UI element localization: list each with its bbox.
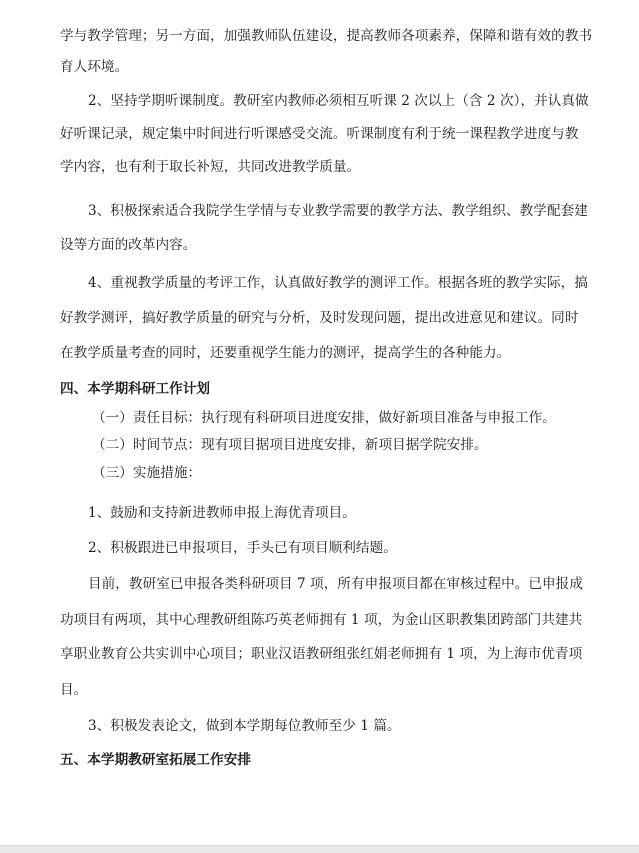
section-item: （三）实施措施：: [92, 464, 622, 482]
section-heading-4: 四、本学期科研工作计划: [60, 380, 590, 398]
paragraph-line: 育人环境。: [60, 58, 590, 76]
paragraph-line: 4、重视教学质量的考评工作，认真做好教学的测评工作。根据各班的教学实际，搞: [88, 274, 618, 292]
paragraph-line: 3、积极探索适合我院学生学情与专业教学需要的教学方法、教学组织、教学配套建: [88, 202, 618, 220]
paragraph-line: 学内容，也有利于取长补短，共同改进教学质量。: [60, 158, 590, 176]
paragraph-line: 功项目有两项，其中心理教研组陈巧英老师拥有 1 项，为金山区职教集团跨部门共建共: [60, 611, 590, 629]
paragraph-line: 设等方面的改革内容。: [60, 236, 590, 254]
paragraph-line: 好听课记录，规定集中时间进行听课感受交流。听课制度有利于统一课程教学进度与教: [60, 125, 590, 143]
paragraph-line: 好教学测评，搞好教学质量的研究与分析，及时发现问题，提出改进意见和建议。同时: [60, 309, 590, 327]
measure-item: 1、鼓励和支持新进教师申报上海优青项目。: [88, 504, 618, 522]
document-page: 学与教学管理；另一方面，加强教师队伍建设，提高教师各项素养，保障和谐有效的教书 …: [0, 0, 639, 845]
section-heading-5: 五、本学期教研室拓展工作安排: [60, 751, 590, 769]
section-item: （二）时间节点：现有项目据项目进度安排，新项目据学院安排。: [92, 436, 622, 454]
measure-item: 2、积极跟进已申报项目，手头已有项目顺利结题。: [88, 539, 618, 557]
paragraph-line: 2、坚持学期听课制度。教研室内教师必须相互听课 2 次以上（含 2 次），并认真…: [88, 92, 618, 110]
paragraph-line: 在教学质量考查的同时，还要重视学生能力的测评，提高学生的各种能力。: [60, 344, 590, 362]
paragraph-line: 目。: [60, 681, 590, 699]
page-bottom-edge: [0, 845, 639, 853]
paragraph-line: 学与教学管理；另一方面，加强教师队伍建设，提高教师各项素养，保障和谐有效的教书: [60, 27, 590, 45]
section-item: （一）责任目标：执行现有科研项目进度安排，做好新项目准备与申报工作。: [92, 409, 622, 427]
measure-item: 3、积极发表论文，做到本学期每位教师至少 1 篇。: [88, 717, 618, 735]
paragraph-line: 享职业教育公共实训中心项目；职业汉语教研组张红娟老师拥有 1 项，为上海市优青项: [60, 645, 590, 663]
paragraph-line: 目前，教研室已申报各类科研项目 7 项，所有申报项目都在审核过程中。已申报成: [88, 575, 618, 593]
